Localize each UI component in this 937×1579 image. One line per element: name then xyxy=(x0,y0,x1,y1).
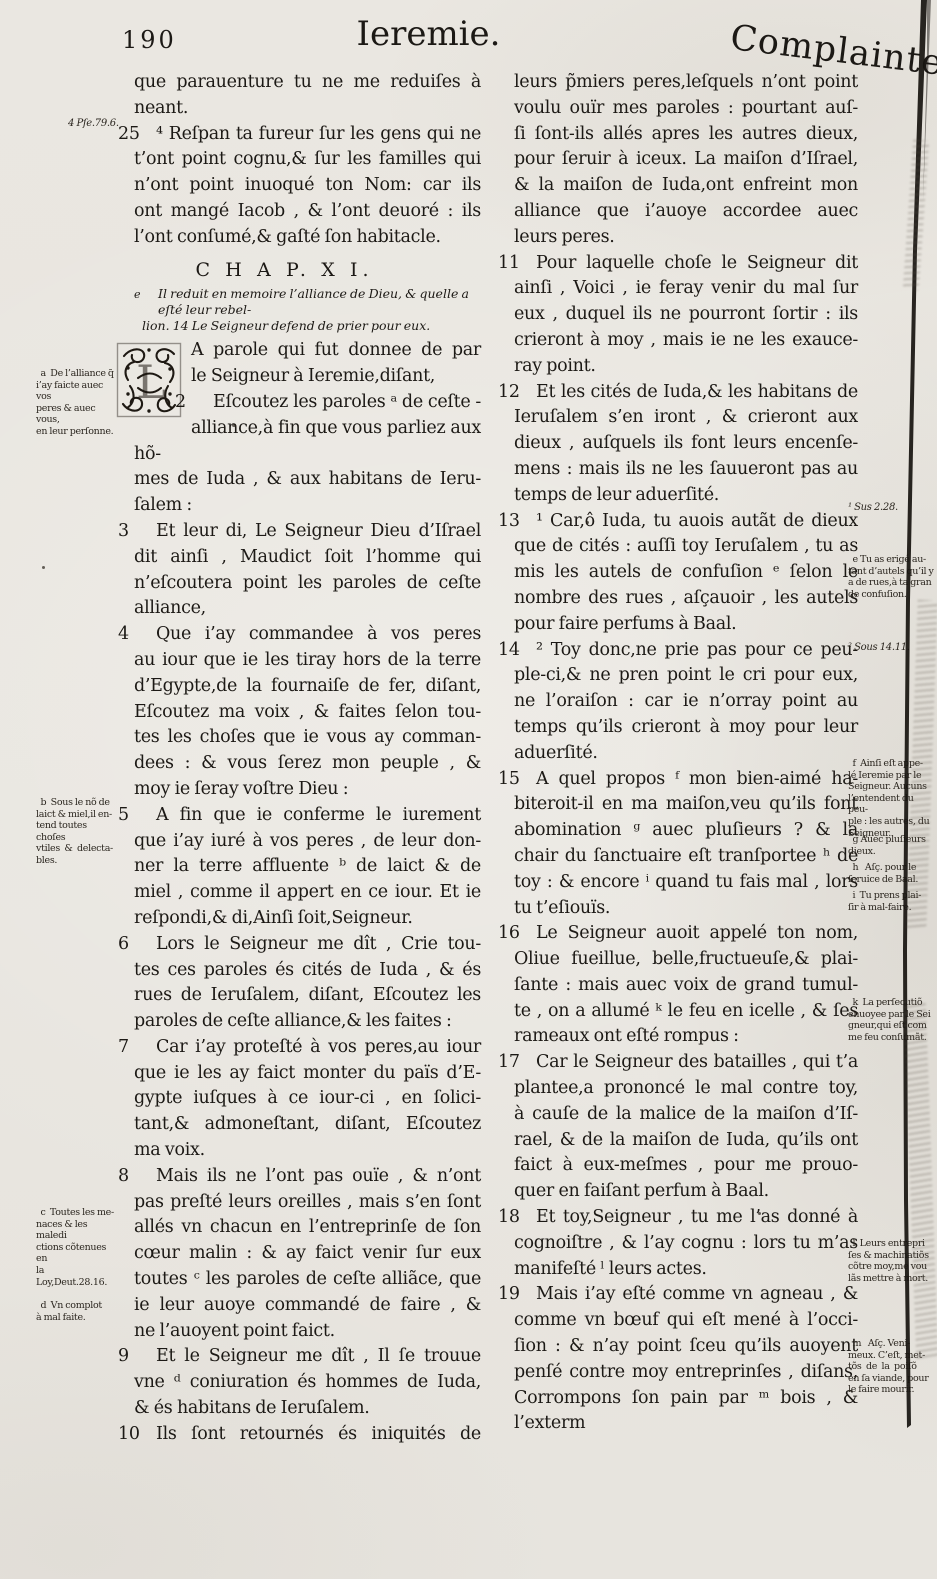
text-line: alliance que i’auoye accordee auec xyxy=(498,199,858,225)
text-line: ont mangé Iacob , & l’ont deuoré : ils xyxy=(118,199,481,225)
verse-text: t’ont point cognu,& ſur les familles qui xyxy=(134,149,481,169)
text-line: 3Et leur di, Le Seigneur Dieu d’Iſrael xyxy=(118,519,481,545)
text-line: ſante : mais auec voix de grand tumul- xyxy=(498,973,858,999)
verse-number: 16 xyxy=(498,921,536,947)
text-line: au iour que ie les tiray hors de la terr… xyxy=(118,648,481,674)
margin-note: a De l’alliance q̃ i’ay faicte auec vos … xyxy=(36,368,114,438)
verse-text: Eſcoutez les paroles ᵃ de ceſte - xyxy=(213,392,481,412)
text-line: ſion : & n’ay point ſceu qu’ils auoyent xyxy=(498,1334,858,1360)
text-line: nombre des rues , aſçauoir , les autels xyxy=(498,586,858,612)
text-line: 16Le Seigneur auoit appelé ton nom, xyxy=(498,921,858,947)
verse-text: Mais ils ne l’ont pas ouïe , & n’ont xyxy=(156,1166,481,1186)
text-line: Eſcoutez ma voix , & faites ſelon tou- xyxy=(118,700,481,726)
text-line: 25⁴ Reſpan ta fureur ſur les gens qui ne xyxy=(118,122,481,148)
verse-text: rael, & de la maiſon de Iuda, qu’ils ont xyxy=(514,1130,858,1150)
verse-text: mis les autels de confuſion ᵉ ſelon le xyxy=(514,562,858,582)
verse-text: ner la terre affluente ᵇ de laict & de xyxy=(134,856,481,876)
text-line: rues de Ieruſalem, diſant, Eſcoutez les xyxy=(118,983,481,1009)
verse-text: manifeſté ˡ leurs actes. xyxy=(514,1259,707,1279)
text-line: d’Egypte,de la fournaiſe de fer, diſant, xyxy=(118,674,481,700)
verse-number: 18 xyxy=(498,1205,536,1231)
verse-text: vne ᵈ coniuration és hommes de Iuda, xyxy=(134,1372,481,1392)
chapter-heading: C H A P. X I. xyxy=(118,258,481,284)
verse-text: ont mangé Iacob , & l’ont deuoré : ils xyxy=(134,201,481,221)
text-line: manifeſté ˡ leurs actes. xyxy=(498,1257,858,1283)
verse-number: 7 xyxy=(118,1035,156,1061)
text-line: tu t’eſiouïs. xyxy=(498,896,858,922)
verse-text: Que i’ay commandee à vos peres xyxy=(156,624,481,644)
verse-text: & és habitans de Ieruſalem. xyxy=(134,1398,370,1418)
verse-text: ¹ Car,ô Iuda, tu auois autãt de dieux xyxy=(536,511,858,531)
verse-number: 12 xyxy=(498,380,536,406)
verse-text: d’Egypte,de la fournaiſe de fer, diſant, xyxy=(134,676,481,696)
text-line: toy : & encore ⁱ quand tu fais mal , lor… xyxy=(498,870,858,896)
text-line: à cauſe de la malice de la maiſon d’Iſ- xyxy=(498,1102,858,1128)
text-line: l’ont conſumé,& gaſté ſon habitacle. xyxy=(118,225,481,251)
ink-speck xyxy=(42,566,45,569)
verse-text: plantee,a prononcé le mal contre toy, xyxy=(514,1078,858,1098)
text-line: ner la terre affluente ᵇ de laict & de xyxy=(118,854,481,880)
verse-number: 13 xyxy=(498,509,536,535)
verse-text: l’ont conſumé,& gaſté ſon habitacle. xyxy=(134,227,441,247)
verse-text: Lors le Seigneur me dît , Crie tou- xyxy=(156,934,481,954)
verse-number: 4 xyxy=(118,622,156,648)
verse-text: Corrompons ſon pain par ᵐ bois , & xyxy=(514,1388,858,1408)
margin-note: c Toutes les me- naces & les maledi ctio… xyxy=(36,1207,114,1288)
verse-text: leurs p̃miers peres,leſquels n’ont point xyxy=(514,72,858,92)
verse-text: A parole qui fut donnee de par xyxy=(191,340,481,360)
verse-text: ſante : mais auec voix de grand tumul- xyxy=(514,975,858,995)
text-line: vne ᵈ coniuration és hommes de Iuda, xyxy=(118,1370,481,1396)
right-column: leurs p̃miers peres,leſquels n’ont point… xyxy=(498,70,858,1437)
chapter11-left-lines: A parole qui fut donnee de parle Seigneu… xyxy=(118,338,481,1447)
verse-text: Et le Seigneur me dît , Il ſe trouue xyxy=(156,1346,481,1366)
verse-text: pour faire perfums à Baal. xyxy=(514,614,736,634)
verse-text: A quel propos ᶠ mon bien-aimé ha- xyxy=(536,769,858,789)
verse-number: 6 xyxy=(118,932,156,958)
verse-text: comme vn bœuf qui eſt mené à l’occi- xyxy=(514,1310,858,1330)
text-line: mens : mais ils ne les ſauueront pas au xyxy=(498,457,858,483)
text-line: 8Mais ils ne l’ont pas ouïe , & n’ont xyxy=(118,1164,481,1190)
verse-text: toutes ᶜ les paroles de ceſte alliãce, q… xyxy=(134,1269,481,1289)
chapter11-right-lines: leurs p̃miers peres,leſquels n’ont point… xyxy=(498,70,858,1411)
scanned-bible-page: { "header": { "page_number": "190", "run… xyxy=(0,0,937,1579)
text-line: mis les autels de confuſion ᵉ ſelon le xyxy=(498,560,858,586)
verse-text: le Seigneur à Ieremie,diſant, xyxy=(191,366,435,386)
text-line: reſpondi,& di,Ainſi ſoit,Seigneur. xyxy=(118,906,481,932)
verse-text: abomination ᵍ auec pluſieurs ? & la xyxy=(514,820,858,840)
text-line: rameaux ont eſté rompus : xyxy=(498,1024,858,1050)
verse-text: à cauſe de la malice de la maiſon d’Iſ- xyxy=(514,1104,858,1124)
text-line: ſi ſont-ils allés apres les autres dieux… xyxy=(498,122,858,148)
text-line: biteroit-il en ma maiſon,veu qu’ils font xyxy=(498,792,858,818)
text-line: ne l’oraiſon : car ie n’orray point au xyxy=(498,689,858,715)
verse-text: Car le Seigneur des batailles , qui t’a xyxy=(536,1052,858,1072)
argument-line: lion. 14 Le Seigneur defend de prier pou… xyxy=(140,318,481,334)
verse-number: 19 xyxy=(498,1282,536,1308)
verse-text: crieront à moy , mais ie ne les exauce- xyxy=(514,330,858,350)
text-line: alliance, xyxy=(118,596,481,622)
verse-text: rues de Ieruſalem, diſant, Eſcoutez les xyxy=(134,985,481,1005)
text-line: 12Et les cités de Iuda,& les habitans de xyxy=(498,380,858,406)
text-line: faict à eux-meſmes , pour me prouo- xyxy=(498,1153,858,1179)
verse-number: 17 xyxy=(498,1050,536,1076)
verse-text: toy : & encore ⁱ quand tu fais mal , lor… xyxy=(514,872,858,892)
text-line: 11Pour laquelle choſe le Seigneur dit xyxy=(498,251,858,277)
text-line: mes de Iuda , & aux habitans de Ieru- xyxy=(118,467,481,493)
verse-number: 9 xyxy=(118,1344,156,1370)
text-line: eux , duquel ils ne pourront ſortir : il… xyxy=(498,302,858,328)
verse-text: que parauenture tu ne me reduiſes à xyxy=(134,72,481,92)
verse-text: Ils ſont retournés és iniquités de xyxy=(156,1424,481,1444)
verse-text: te , on a allumé ᵏ le feu en icelle , & … xyxy=(514,1001,858,1021)
text-line: rael, & de la maiſon de Iuda, qu’ils ont xyxy=(498,1128,858,1154)
verse-text: pas preſté leurs oreilles , mais s’en ſo… xyxy=(134,1192,481,1212)
margin-note: d Vn complot à mal faite. xyxy=(36,1300,114,1323)
verse-text: n’eſcoutera point les paroles de ceſte xyxy=(134,573,481,593)
text-line: te , on a allumé ᵏ le feu en icelle , & … xyxy=(498,999,858,1025)
text-line: tes les choſes que ie vous ay comman- xyxy=(118,725,481,751)
text-line: 18Et toy,Seigneur , tu me l’as donné à xyxy=(498,1205,858,1231)
text-line: leurs peres. xyxy=(498,225,858,251)
text-line: Ieruſalem s’en iront , & crieront aux xyxy=(498,405,858,431)
verse-text: A fin que ie conferme le iurement xyxy=(156,805,481,825)
text-line: tes ces paroles és cités de Iuda , & és xyxy=(118,958,481,984)
verse-text: ſalem : xyxy=(134,495,192,515)
catchword: l’exterm xyxy=(498,1411,858,1437)
text-line: que de cités : auſſi toy Ieruſalem , tu … xyxy=(498,534,858,560)
argument-text: Il reduit en memoire l’alliance de Dieu,… xyxy=(158,286,469,317)
text-line: & la maiſon de Iuda,ont enfreint mon xyxy=(498,173,858,199)
text-line: quer en faiſant perfum à Baal. xyxy=(498,1179,858,1205)
text-line: 17Car le Seigneur des batailles , qui t’… xyxy=(498,1050,858,1076)
verse-text: ² Toy donc,ne prie pas pour ce peu- xyxy=(536,640,858,660)
verse-text: cognoiſtre , & l’ay cognu : lors tu m’as xyxy=(514,1233,858,1253)
verse-text: paroles de ceſte alliance,& les faites : xyxy=(134,1011,452,1031)
chapter-argument: e Il reduit en memoire l’alliance de Die… xyxy=(140,286,481,334)
verse-text: au iour que ie les tiray hors de la terr… xyxy=(134,650,481,670)
text-line: ſalem : xyxy=(118,493,481,519)
verse-text: rameaux ont eſté rompus : xyxy=(514,1026,739,1046)
text-line: Corrompons ſon pain par ᵐ bois , & xyxy=(498,1386,858,1412)
verse-text: alliance,à fin que vous parliez aux hõ- xyxy=(134,418,481,464)
verse-text: nombre des rues , aſçauoir , les autels xyxy=(514,588,858,608)
verse-number: 11 xyxy=(498,251,536,277)
verse-text: tes ces paroles és cités de Iuda , & és xyxy=(134,960,481,980)
text-line: abomination ᵍ auec pluſieurs ? & la xyxy=(498,818,858,844)
verse-text: ray point. xyxy=(514,356,596,376)
verse-text: ple-ci,& ne pren point le cri pour eux, xyxy=(514,665,858,685)
text-line: ray point. xyxy=(498,354,858,380)
verse-text: dit ainſi , Maudict ſoit l’homme qui xyxy=(134,547,481,567)
verse-text: voulu ouïr mes paroles : pourtant auſ- xyxy=(514,98,858,118)
verse-text: ie leur auoye commandé de faire , & xyxy=(134,1295,481,1315)
verse-text: temps qu’ils crieront à moy pour leur xyxy=(514,717,858,737)
text-line: temps de leur aduerſité. xyxy=(498,483,858,509)
verse-text: dees : & vous ſerez mon peuple , & xyxy=(134,753,481,773)
verse-number: 3 xyxy=(118,519,156,545)
verse-number: 10 xyxy=(118,1422,156,1448)
margin-note: 4 Pſe.79.6. xyxy=(68,118,146,130)
text-line: 14² Toy donc,ne prie pas pour ce peu- xyxy=(498,638,858,664)
text-line: allés vn chacun en l’entreprinſe de ſon xyxy=(118,1215,481,1241)
argument-line: Il reduit en memoire l’alliance de Dieu,… xyxy=(140,286,481,318)
verse-text: miel , comme il appert en ce iour. Et ie xyxy=(134,882,481,902)
text-line: 7Car i’ay proteſté à vos peres,au iour xyxy=(118,1035,481,1061)
text-line: moy ie ſeray voſtre Dieu : xyxy=(118,777,481,803)
verse-text: Pour laquelle choſe le Seigneur dit xyxy=(536,253,858,273)
verse-text: & la maiſon de Iuda,ont enfreint mon xyxy=(514,175,858,195)
verse-text: reſpondi,& di,Ainſi ſoit,Seigneur. xyxy=(134,908,413,928)
verse-text: alliance que i’auoye accordee auec xyxy=(514,201,858,221)
verse-text: Eſcoutez ma voix , & faites ſelon tou- xyxy=(134,702,481,722)
verse-text: cœur malin : & ay faict venir ſur eux xyxy=(134,1243,481,1263)
text-line: dieux , auſquels ils font leurs encenſe- xyxy=(498,431,858,457)
text-line: plantee,a prononcé le mal contre toy, xyxy=(498,1076,858,1102)
text-line: chair du ſanctuaire eſt tranſportee ʰ de xyxy=(498,844,858,870)
text-line: 5A fin que ie conferme le iurement xyxy=(118,803,481,829)
chapter10-end-lines: que parauenture tu ne me reduiſes àneant… xyxy=(118,70,481,251)
text-line: penſé contre moy entreprinſes , diſans, xyxy=(498,1360,858,1386)
text-line: 13¹ Car,ô Iuda, tu auois autãt de dieux xyxy=(498,509,858,535)
verse-text: leurs peres. xyxy=(514,227,615,247)
text-line: que ie les ay faict monter du païs d’E- xyxy=(118,1061,481,1087)
text-line: 10Ils ſont retournés és iniquités de xyxy=(118,1422,481,1448)
text-line: 19Mais i’ay eſté comme vn agneau , & xyxy=(498,1282,858,1308)
ink-speck xyxy=(232,424,236,427)
verse-text: tu t’eſiouïs. xyxy=(514,898,610,918)
verse-text: chair du ſanctuaire eſt tranſportee ʰ de xyxy=(514,846,858,866)
verse-text: ainſi , Voici , ie feray venir du mal ſu… xyxy=(514,278,858,298)
verse-text: Et les cités de Iuda,& les habitans de xyxy=(536,382,858,402)
text-line: miel , comme il appert en ce iour. Et ie xyxy=(118,880,481,906)
verse-text: penſé contre moy entreprinſes , diſans, xyxy=(514,1362,858,1382)
verse-text: biteroit-il en ma maiſon,veu qu’ils font xyxy=(514,794,858,814)
text-line: que parauenture tu ne me reduiſes à xyxy=(118,70,481,96)
text-line: toutes ᶜ les paroles de ceſte alliãce, q… xyxy=(118,1267,481,1293)
verse-number: 14 xyxy=(498,638,536,664)
verse-text: alliance, xyxy=(134,598,206,618)
text-line: ne l’auoyent point faict. xyxy=(118,1319,481,1345)
text-line: 9Et le Seigneur me dît , Il ſe trouue xyxy=(118,1344,481,1370)
text-line: aduerſité. xyxy=(498,741,858,767)
verse-text: moy ie ſeray voſtre Dieu : xyxy=(134,779,348,799)
text-line: n’ont point inuoqué ton Nom: car ils xyxy=(118,173,481,199)
woodcut-initial-ornament: L xyxy=(116,342,182,418)
verse-text: ſi ſont-ils allés apres les autres dieux… xyxy=(514,124,858,144)
text-line: comme vn bœuf qui eſt mené à l’occi- xyxy=(498,1308,858,1334)
verse-text: pour ſeruir à iceux. La maiſon d’Iſrael, xyxy=(514,149,858,169)
verse-text: Oliue fueillue, belle,fructueuſe,& plai- xyxy=(514,949,858,969)
text-line: gypte iuſques à ce iour-ci , en ſolici- xyxy=(118,1086,481,1112)
verse-text: n’ont point inuoqué ton Nom: car ils xyxy=(134,175,481,195)
left-column: que parauenture tu ne me reduiſes àneant… xyxy=(118,70,481,1448)
verse-text: tant,& admoneſtant, diſant, Eſcoutez xyxy=(134,1114,481,1134)
verse-text: Mais i’ay eſté comme vn agneau , & xyxy=(536,1284,858,1304)
verse-text: gypte iuſques à ce iour-ci , en ſolici- xyxy=(134,1088,481,1108)
verse-text: Et leur di, Le Seigneur Dieu d’Iſrael xyxy=(156,521,481,541)
verse-text: que ie les ay faict monter du païs d’E- xyxy=(134,1063,481,1083)
text-line: ie leur auoye commandé de faire , & xyxy=(118,1293,481,1319)
verse-text: allés vn chacun en l’entreprinſe de ſon xyxy=(134,1217,481,1237)
verse-text: Ieruſalem s’en iront , & crieront aux xyxy=(514,407,858,427)
verse-text: tes les choſes que ie vous ay comman- xyxy=(134,727,481,747)
text-line: pas preſté leurs oreilles , mais s’en ſo… xyxy=(118,1190,481,1216)
verse-text: ⁴ Reſpan ta fureur ſur les gens qui ne xyxy=(156,124,481,144)
verse-text: aduerſité. xyxy=(514,743,598,763)
argument-lines: Il reduit en memoire l’alliance de Dieu,… xyxy=(140,286,481,334)
text-line: ainſi , Voici , ie feray venir du mal ſu… xyxy=(498,276,858,302)
verse-text: Le Seigneur auoit appelé ton nom, xyxy=(536,923,858,943)
verse-text: faict à eux-meſmes , pour me prouo- xyxy=(514,1155,858,1175)
argument-text: lion. 14 Le Seigneur defend de prier pou… xyxy=(142,318,430,333)
verse-number: 8 xyxy=(118,1164,156,1190)
verse-number: 15 xyxy=(498,767,536,793)
text-line: & és habitans de Ieruſalem. xyxy=(118,1396,481,1422)
text-line: 4Que i’ay commandee à vos peres xyxy=(118,622,481,648)
ink-speck xyxy=(586,521,589,524)
text-line: dit ainſi , Maudict ſoit l’homme qui xyxy=(118,545,481,571)
text-line: leurs p̃miers peres,leſquels n’ont point xyxy=(498,70,858,96)
text-line: que i’ay iuré à vos peres , de leur don- xyxy=(118,829,481,855)
text-line: paroles de ceſte alliance,& les faites : xyxy=(118,1009,481,1035)
text-line: pour faire perfums à Baal. xyxy=(498,612,858,638)
text-line: cognoiſtre , & l’ay cognu : lors tu m’as xyxy=(498,1231,858,1257)
verse-text: dieux , auſquels ils font leurs encenſe- xyxy=(514,433,858,453)
text-line: n’eſcoutera point les paroles de ceſte xyxy=(118,571,481,597)
text-line: voulu ouïr mes paroles : pourtant auſ- xyxy=(498,96,858,122)
verse-text: mens : mais ils ne les ſauueront pas au xyxy=(514,459,858,479)
verse-text: ma voix. xyxy=(134,1140,205,1160)
text-line: ple-ci,& ne pren point le cri pour eux, xyxy=(498,663,858,689)
text-line: ma voix. xyxy=(118,1138,481,1164)
text-line: pour ſeruir à iceux. La maiſon d’Iſrael, xyxy=(498,147,858,173)
ink-speck xyxy=(758,1212,761,1215)
verse-text: ne l’auoyent point faict. xyxy=(134,1321,335,1341)
verse-text: mes de Iuda , & aux habitans de Ieru- xyxy=(134,469,481,489)
verse-text: Car i’ay proteſté à vos peres,au iour xyxy=(156,1037,481,1057)
text-line: dees : & vous ſerez mon peuple , & xyxy=(118,751,481,777)
text-line: cœur malin : & ay faict venir ſur eux xyxy=(118,1241,481,1267)
text-line: Oliue fueillue, belle,fructueuſe,& plai- xyxy=(498,947,858,973)
verse-text: ne l’oraiſon : car ie n’orray point au xyxy=(514,691,858,711)
verse-text: quer en faiſant perfum à Baal. xyxy=(514,1181,769,1201)
chapter11-body: L A p xyxy=(118,338,481,1447)
verse-number: 5 xyxy=(118,803,156,829)
verse-text: ſion : & n’ay point ſceu qu’ils auoyent xyxy=(514,1336,858,1356)
argument-marker: e xyxy=(134,287,141,303)
text-line: neant. xyxy=(118,96,481,122)
verse-text: temps de leur aduerſité. xyxy=(514,485,719,505)
verse-text: eux , duquel ils ne pourront ſortir : il… xyxy=(514,304,858,324)
verse-text: que de cités : auſſi toy Ieruſalem , tu … xyxy=(514,536,858,556)
text-line: 15A quel propos ᶠ mon bien-aimé ha- xyxy=(498,767,858,793)
text-line: temps qu’ils crieront à moy pour leur xyxy=(498,715,858,741)
text-line: crieront à moy , mais ie ne les exauce- xyxy=(498,328,858,354)
text-line: t’ont point cognu,& ſur les familles qui xyxy=(118,147,481,173)
text-line: 6Lors le Seigneur me dît , Crie tou- xyxy=(118,932,481,958)
text-line: tant,& admoneſtant, diſant, Eſcoutez xyxy=(118,1112,481,1138)
margin-note: b Sous le nõ de laict & miel,il en- tend… xyxy=(36,797,114,867)
verse-number: 2 xyxy=(175,390,213,416)
verse-text: neant. xyxy=(134,98,188,118)
verse-text: Et toy,Seigneur , tu me l’as donné à xyxy=(536,1207,858,1227)
verse-text: que i’ay iuré à vos peres , de leur don- xyxy=(134,831,481,851)
text-line: alliance,à fin que vous parliez aux hõ- xyxy=(118,416,481,468)
